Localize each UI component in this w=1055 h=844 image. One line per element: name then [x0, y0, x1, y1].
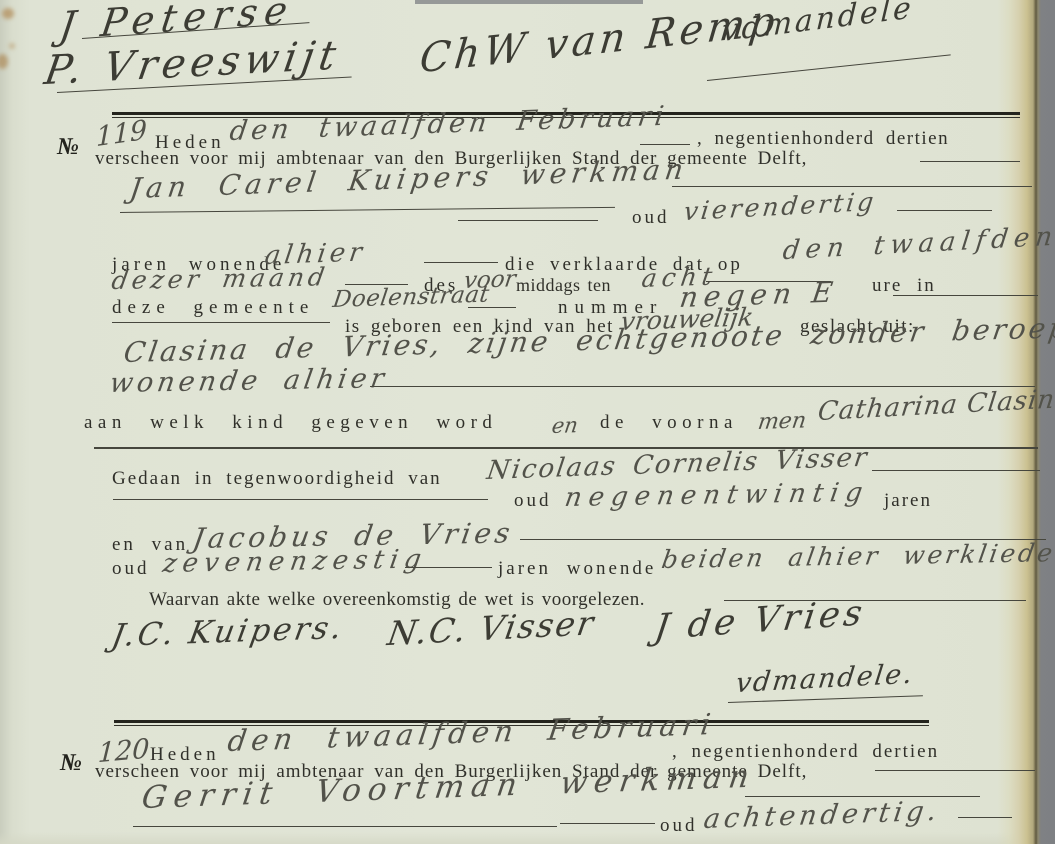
printed-year: , negentienhonderd dertien	[697, 128, 949, 150]
handwritten-date: den twaalfden Februari	[228, 101, 670, 147]
handwritten-witness2-age: zevenenzestig	[161, 544, 430, 579]
signature-declarant: J.C. Kuipers.	[109, 610, 348, 654]
handwritten-witness-residence: beiden alhier werklieden	[660, 538, 1055, 574]
printed-deze-gemeente: deze gemeente	[112, 297, 314, 319]
page-edge	[997, 0, 1055, 844]
fill-line	[458, 220, 598, 221]
record-number-symbol: №	[57, 134, 79, 161]
fill-line	[112, 322, 330, 323]
fill-line	[405, 567, 492, 568]
fill-line	[94, 447, 1038, 449]
printed-oud: oud	[514, 490, 552, 512]
printed-oud: oud	[660, 815, 698, 837]
handwritten-dezer-maand: dezer maand	[110, 262, 331, 295]
fill-line	[672, 186, 1032, 187]
handwritten-declarant-age: vierendertig	[682, 187, 878, 226]
fill-line	[875, 770, 1035, 771]
handwritten-street: Doelenstraat	[331, 281, 491, 313]
handwritten-en: en	[550, 413, 579, 438]
printed-oud: oud	[112, 558, 150, 580]
fill-line	[133, 826, 557, 827]
fill-line	[745, 796, 980, 797]
scan-edge-top	[415, 0, 643, 4]
paper-stain	[0, 54, 8, 69]
paper-stain	[2, 8, 14, 19]
printed-kind-phrase: aan welk kind gegeven word	[84, 412, 497, 434]
paper-stain	[9, 43, 15, 49]
fill-line	[640, 144, 690, 145]
printed-jaren-wonende: jaren wonende	[498, 558, 656, 580]
fill-line	[897, 210, 992, 211]
fill-line	[113, 499, 488, 500]
printed-middags-ten: middags ten	[516, 275, 611, 296]
fill-line	[958, 817, 1012, 818]
printed-oud: oud	[632, 207, 670, 229]
fill-line	[893, 295, 1038, 296]
printed-jaren: jaren	[884, 490, 932, 512]
record-number-symbol: №	[60, 750, 82, 777]
fill-line	[120, 207, 615, 213]
printed-ure-in: ure in	[872, 275, 936, 297]
printed-voorna: de voorna	[600, 412, 738, 434]
signature-official: vdmandele.	[734, 659, 916, 700]
fill-line	[920, 161, 1020, 162]
fill-line	[468, 307, 516, 308]
scanned-birth-register-page: J Peterse P. Vreeswijt ChW van Remp vdma…	[0, 0, 1055, 844]
handwritten-witness1-age: negenentwintig	[563, 478, 872, 513]
signature-flourish	[707, 54, 951, 81]
signature-witness2: J de Vries	[652, 593, 868, 648]
fill-line	[370, 386, 1035, 387]
handwritten-men: men	[756, 408, 808, 435]
fill-line	[424, 262, 498, 263]
fill-line	[872, 470, 1040, 471]
handwritten-wonende-alhier: wonende alhier	[108, 363, 391, 399]
printed-gedaan: Gedaan in tegenwoordigheid van	[112, 468, 442, 490]
fill-line	[560, 823, 655, 824]
handwritten-date: den twaalfden Februari	[226, 707, 718, 758]
handwritten-declarant-age: achtendertig.	[702, 796, 943, 835]
